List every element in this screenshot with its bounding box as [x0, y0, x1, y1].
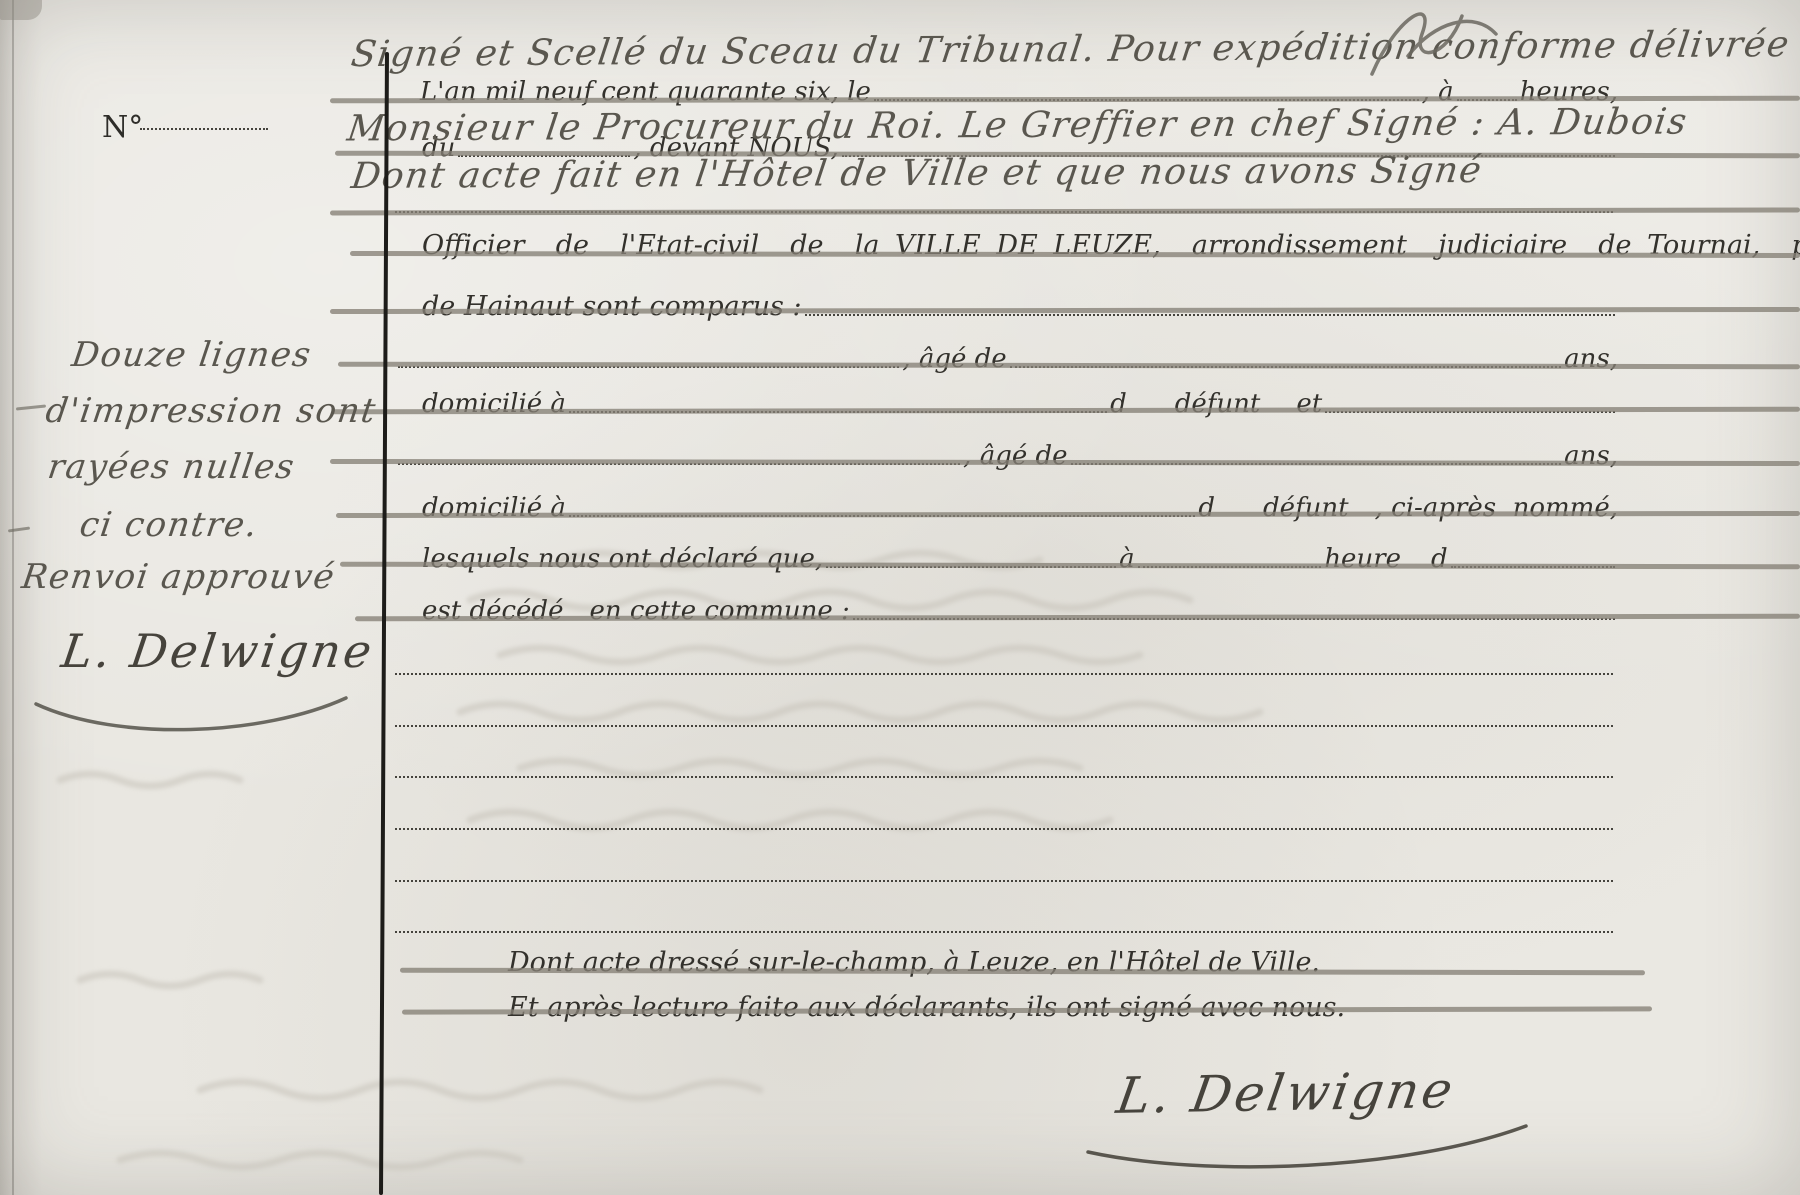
margin-note-line: Douze lignes — [70, 338, 314, 372]
blank-dotted-line — [395, 673, 1613, 675]
handwritten-dont-acte-line: Dont acte fait en l'Hôtel de Ville et qu… — [349, 153, 1484, 195]
blank-dotted-line — [395, 828, 1613, 830]
margin-note-line: d'impression sont — [44, 394, 379, 428]
printed-text: heure — [1324, 544, 1401, 575]
margin-signature: L. Delwigne — [59, 628, 377, 674]
printed-text: ans, — [1564, 441, 1618, 472]
dotted-blank — [805, 314, 1615, 316]
paraph-flourish — [1350, 0, 1510, 78]
form-line-declaration: lesquels nous ont déclaré que, à heure d — [422, 539, 1618, 575]
handwritten-certification-line: Signé et Scellé du Sceau du Tribunal. Po… — [349, 27, 1800, 73]
printed-text: de Hainaut sont comparus : — [422, 291, 802, 323]
printed-text: domicilié à — [422, 493, 566, 524]
registry-number-label: N° — [102, 110, 143, 145]
form-line-decede: est décédé en cette commune : — [422, 591, 1618, 627]
form-line-domicile-2: domicilié à d défunt , ci-après nommé , — [422, 488, 1618, 524]
blank-dotted-line — [395, 880, 1613, 882]
printed-text: L'an mil neuf cent quarante six, le — [420, 77, 871, 108]
death-certificate-scan: N° L'an mil neuf cent quarante six, le ,… — [0, 0, 1800, 1195]
printed-text: est décédé — [422, 596, 563, 627]
margin-note-line: Renvoi approuvé — [20, 560, 338, 594]
printed-text: , âgé de — [902, 344, 1006, 375]
blank-dotted-line — [395, 725, 1613, 727]
form-line-age-2: , âgé de ans, — [395, 436, 1618, 472]
printed-text: en cette commune : — [589, 596, 849, 627]
blank-dotted-line — [395, 931, 1613, 933]
printed-text: à — [1119, 544, 1135, 575]
printed-text: , âgé de — [963, 441, 1067, 472]
printed-text: défunt — [1263, 493, 1349, 524]
printed-text: , ci-après nommé — [1375, 493, 1610, 524]
handwritten-procureur-line: Monsieur le Procureur du Roi. Le Greffie… — [345, 104, 1690, 147]
printed-text: ans, — [1564, 344, 1618, 375]
blank-dotted-line — [395, 776, 1613, 778]
form-line-hainaut: de Hainaut sont comparus : — [422, 287, 1618, 323]
printed-text: d — [1431, 544, 1448, 575]
margin-signature-flourish — [28, 690, 358, 748]
printed-text: et — [1296, 389, 1322, 420]
printed-text: défunt — [1175, 389, 1261, 420]
registry-number-blank — [140, 128, 268, 130]
printed-text: d — [1198, 493, 1215, 524]
printed-text: domicilié à — [422, 389, 566, 420]
officer-signature: L. Delwigne — [1114, 1065, 1459, 1121]
paper-fold-edge — [12, 0, 14, 1195]
printed-text: lesquels nous ont déclaré que, — [422, 544, 823, 575]
printed-text: d — [1110, 389, 1127, 420]
form-line-age-1: , âgé de ans, — [395, 339, 1618, 375]
form-line-domicile-1: domicilié à d défunt et — [422, 384, 1618, 420]
margin-note-line: rayées nulles — [46, 450, 298, 484]
printed-text: , — [1610, 493, 1618, 524]
scan-corner-shadow — [0, 0, 42, 20]
margin-note-line: ci contre. — [78, 508, 261, 542]
officer-signature-flourish — [1078, 1118, 1538, 1180]
